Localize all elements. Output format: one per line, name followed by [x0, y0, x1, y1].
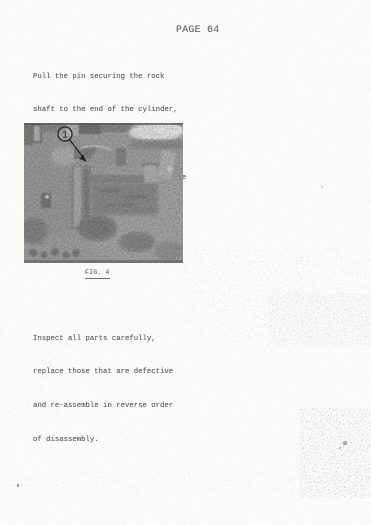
- figure-caption: FIG. 4: [85, 269, 110, 276]
- callout-label: 1: [62, 131, 68, 142]
- text-line: shaft to the end of the cylinder,: [33, 105, 186, 116]
- text-line: replace those that are defective: [33, 367, 173, 378]
- text-line: Pull the pin securing the rock: [33, 72, 186, 83]
- figure-4-photo: 1: [24, 123, 183, 263]
- scanned-page: PAGE 64 Pull the pin securing the rock s…: [0, 0, 371, 525]
- machinery-photo: 1: [24, 123, 183, 263]
- figure-caption-text: FIG. 4: [85, 269, 110, 279]
- page-number: PAGE 64: [176, 25, 219, 36]
- text-line: Inspect all parts carefully,: [33, 334, 173, 345]
- text-line: and re-assemble in reverse order: [33, 401, 173, 412]
- instruction-paragraph-2: Inspect all parts carefully, replace tho…: [33, 311, 173, 469]
- text-line: of disassembly.: [33, 435, 173, 446]
